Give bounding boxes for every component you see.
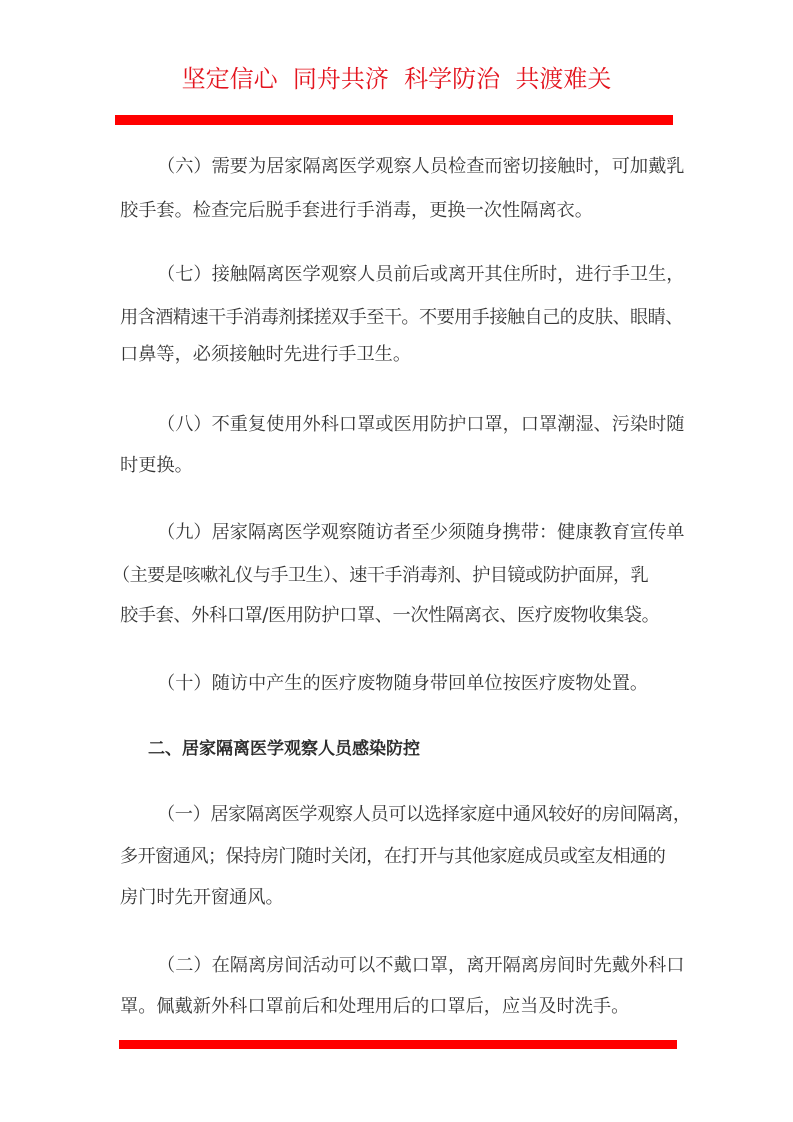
paragraph-line: 多开窗通风；保持房门随时关闭，在打开与其他家庭成员或室友相通的 bbox=[120, 844, 680, 870]
paragraph-line: 胶手套、外科口罩/医用防护口罩、一次性隔离衣、医疗废物收集袋。 bbox=[120, 603, 680, 629]
section-heading: 二、居家隔离医学观察人员感染防控 bbox=[148, 736, 420, 762]
paragraph-line: 胶手套。检查完后脱手套进行手消毒，更换一次性隔离衣。 bbox=[120, 198, 680, 224]
paragraph-line: 时更换。 bbox=[120, 453, 680, 479]
paragraph-line: （主要是咳嗽礼仪与手卫生）、速干手消毒剂、护目镜或防护面屏，乳 bbox=[112, 563, 672, 589]
paragraph-line: 口鼻等，必须接触时先进行手卫生。 bbox=[120, 342, 680, 368]
bottom-divider-bar bbox=[119, 1040, 677, 1049]
paragraph-line: （十）随访中产生的医疗废物随身带回单位按医疗废物处置。 bbox=[157, 671, 717, 697]
paragraph-line: （一）居家隔离医学观察人员可以选择家庭中通风较好的房间隔离， bbox=[157, 802, 717, 828]
paragraph-line: 用含酒精速干手消毒剂揉搓双手至干。不要用手接触自己的皮肤、眼睛、 bbox=[120, 305, 680, 331]
paragraph-line: 罩。佩戴新外科口罩前后和处理用后的口罩后，应当及时洗手。 bbox=[120, 994, 680, 1020]
paragraph-line: （九）居家隔离医学观察随访者至少须随身携带：健康教育宣传单 bbox=[157, 520, 717, 546]
paragraph-line: （六）需要为居家隔离医学观察人员检查而密切接触时，可加戴乳 bbox=[157, 154, 717, 180]
paragraph-line: 房门时先开窗通风。 bbox=[120, 885, 680, 911]
paragraph-line: （八）不重复使用外科口罩或医用防护口罩，口罩潮湿、污染时随 bbox=[157, 412, 717, 438]
paragraph-line: （二）在隔离房间活动可以不戴口罩，离开隔离房间时先戴外科口 bbox=[157, 953, 717, 979]
page-title: 坚定信心 同舟共济 科学防治 共渡难关 bbox=[0, 62, 793, 96]
paragraph-line: （七）接触隔离医学观察人员前后或离开其住所时，进行手卫生， bbox=[157, 262, 717, 288]
top-divider-bar bbox=[115, 115, 673, 125]
